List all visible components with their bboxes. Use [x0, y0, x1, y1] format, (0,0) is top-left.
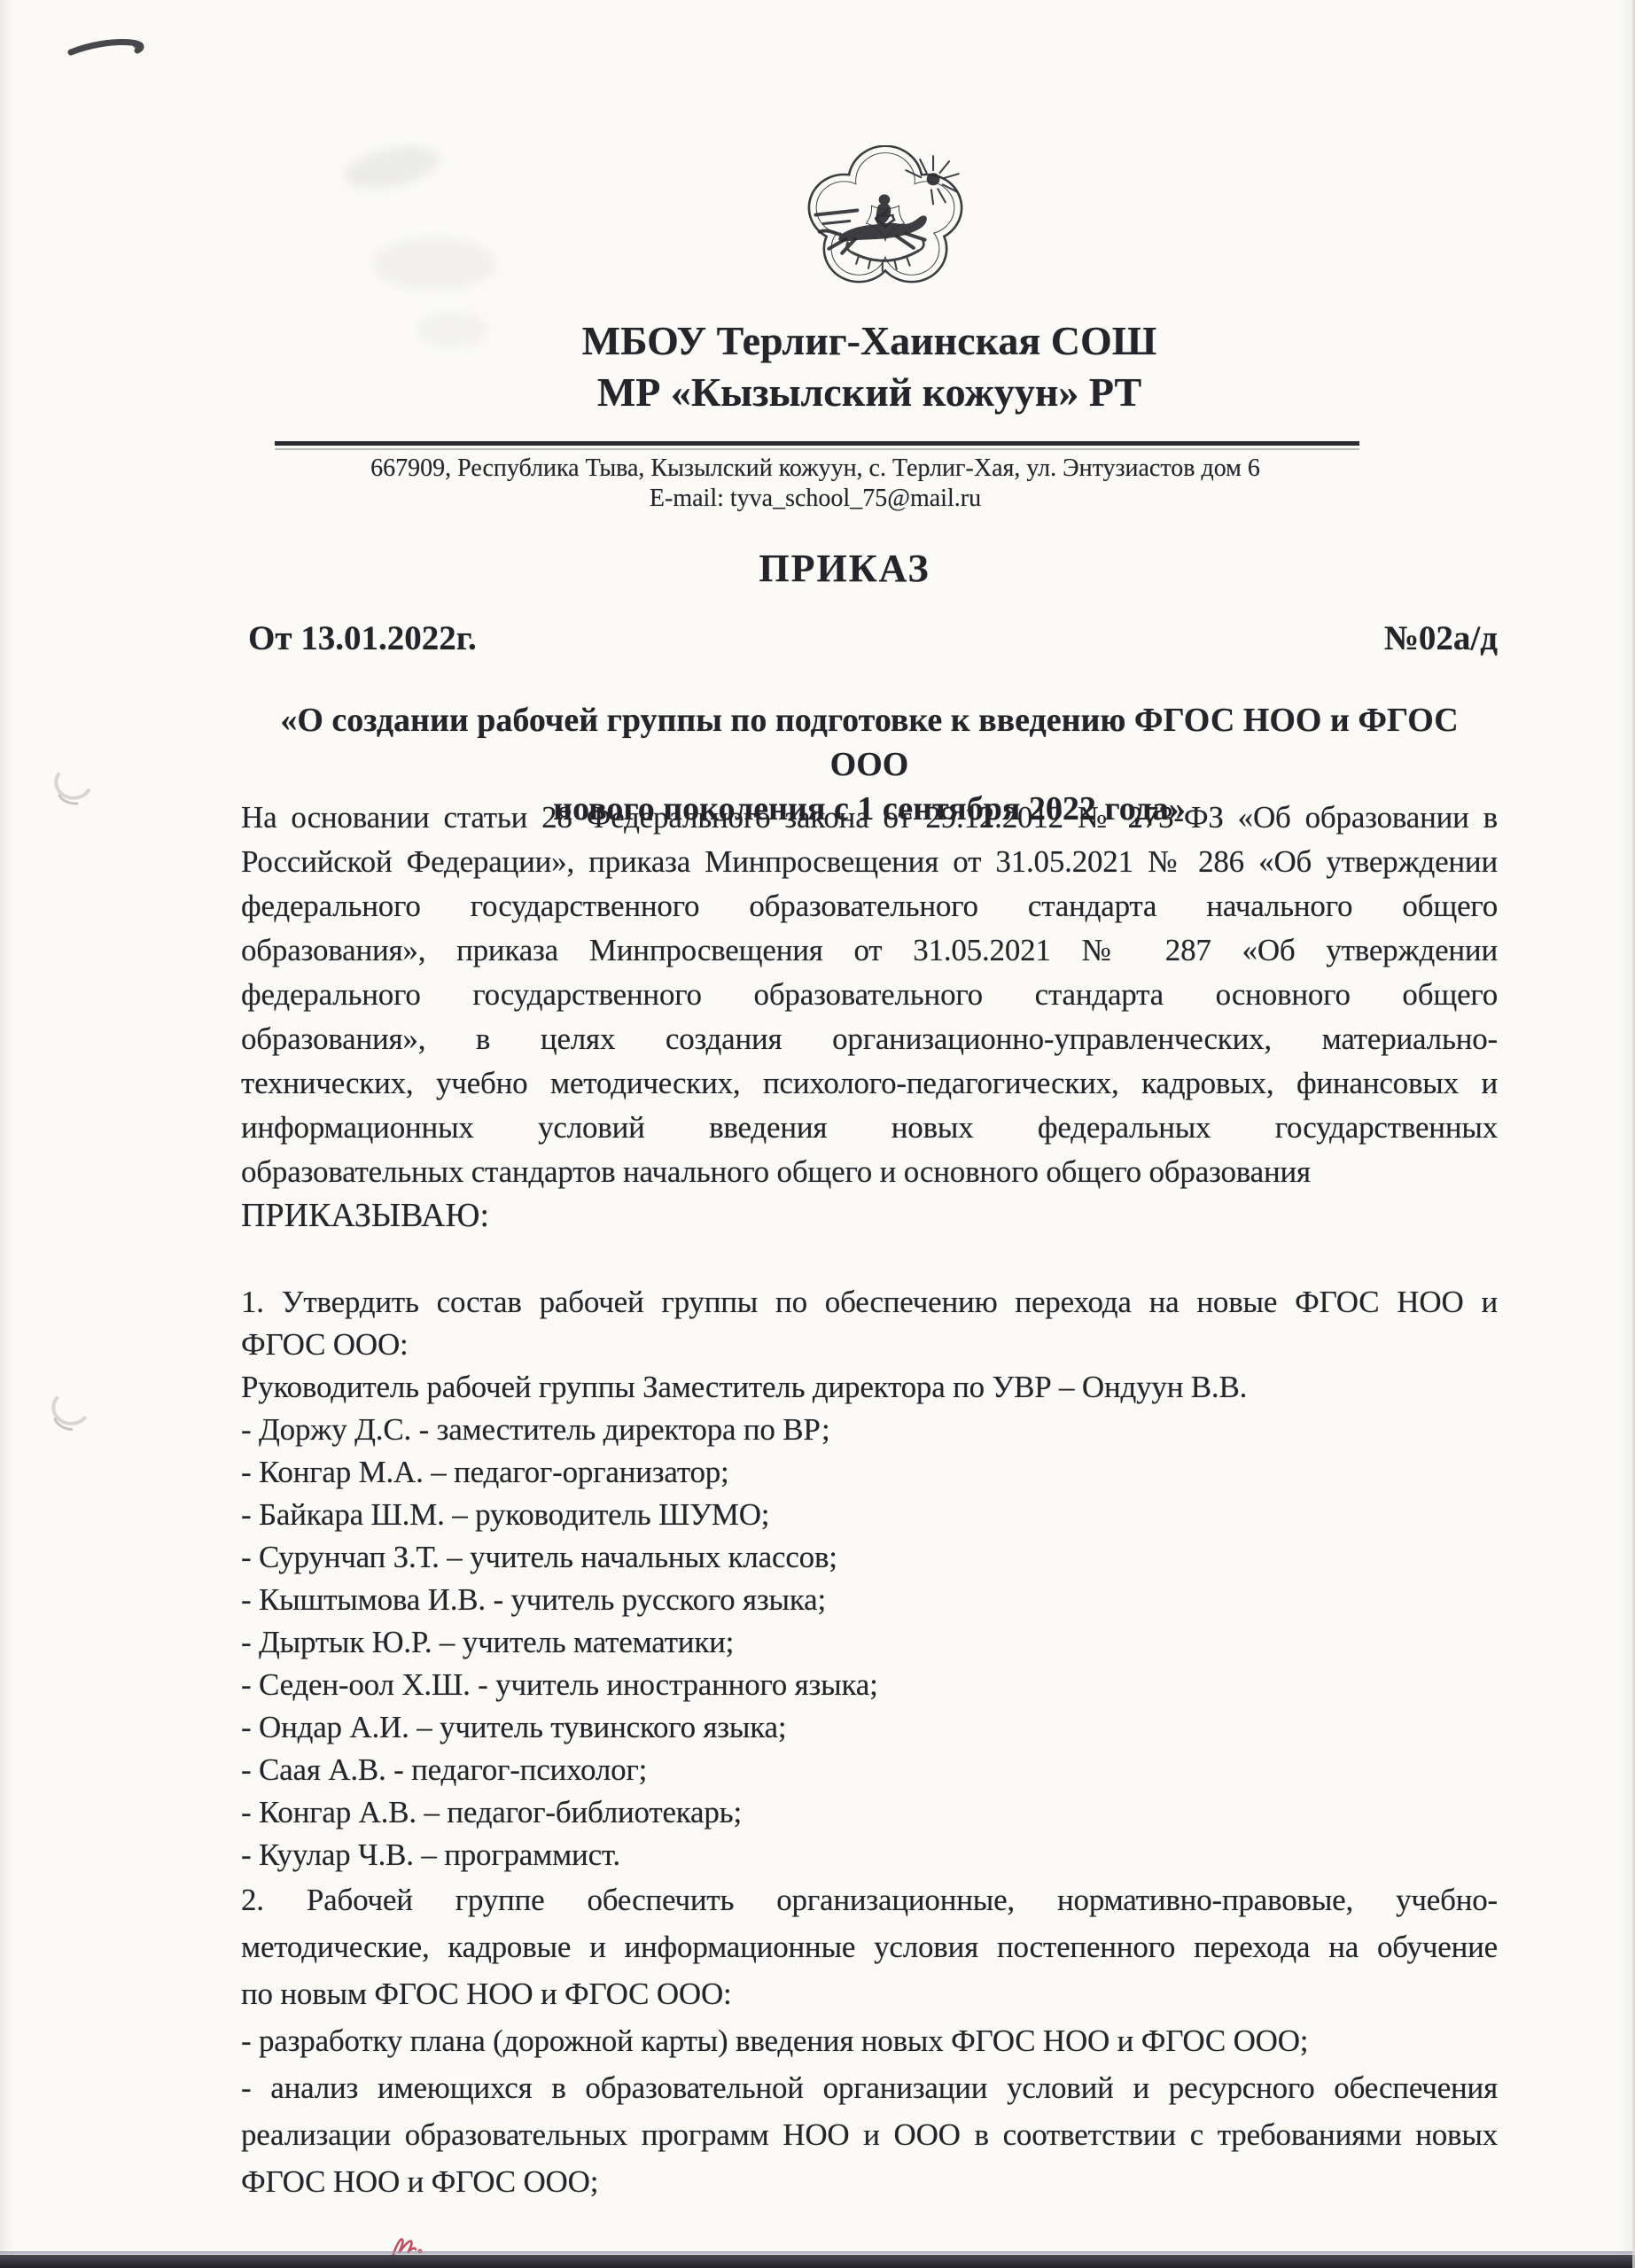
order-line: - Сурунчап З.Т. – учитель начальных клас… [241, 1536, 1498, 1579]
order-line: ФГОС ООО: [241, 1324, 1498, 1366]
order-item-2: 2. Рабочей группе обеспечить организацио… [241, 1876, 1498, 2205]
intro-line: На основании статьи 28 Федерального зако… [241, 796, 1498, 840]
letterhead-contacts: 667909, Республика Тыва, Кызылский кожуу… [133, 454, 1498, 514]
intro-line: образования», приказа Минпросвещения от … [241, 928, 1498, 973]
order-line: методические, кадровые и информационные … [241, 1923, 1498, 1970]
order-line: - Саая А.В. - педагог-психолог; [241, 1749, 1498, 1791]
order-line: ФГОС НОО и ФГОС ООО; [241, 2158, 1498, 2205]
intro-line: образовательных стандартов начального об… [241, 1150, 1498, 1194]
letterhead-rule-thin [275, 448, 1359, 450]
intro-line: Российской Федерации», приказа Минпросве… [241, 840, 1498, 884]
scanned-order-document: МБОУ Терлиг-Хаинская СОШ МР «Кызылский к… [0, 0, 1635, 2268]
order-line: - Байкара Ш.М. – руководитель ШУМО; [241, 1494, 1498, 1536]
intro-line: федерального государственного образовате… [241, 973, 1498, 1017]
scan-edge-band [0, 2255, 1635, 2268]
order-line: - Конгар М.А. – педагог-организатор; [241, 1451, 1498, 1494]
order-line: - Ондар А.И. – учитель тувинского языка; [241, 1706, 1498, 1749]
intro-paragraph: На основании статьи 28 Федерального зако… [241, 796, 1498, 1194]
letterhead-block: МБОУ Терлиг-Хаинская СОШ МР «Кызылский к… [241, 315, 1498, 418]
hole-punch-shadow [42, 1389, 97, 1438]
district-name: МР «Кызылский кожуун» РТ [241, 367, 1498, 418]
scan-smudge [372, 237, 496, 291]
order-item-1: 1. Утвердить состав рабочей группы по об… [241, 1281, 1498, 1876]
order-number: №02а/д [1384, 618, 1498, 658]
intro-line: федерального государственного образовате… [241, 884, 1498, 928]
order-line: - Доржу Д.С. - заместитель директора по … [241, 1409, 1498, 1451]
date-number-row: От 13.01.2022г. №02а/д [248, 618, 1498, 658]
order-line: 1. Утвердить состав рабочей группы по об… [241, 1281, 1498, 1324]
order-line: - Дыртык Ю.Р. – учитель математики; [241, 1621, 1498, 1664]
hole-punch-shadow [48, 767, 97, 810]
order-line: по новым ФГОС НОО и ФГОС ООО: [241, 1970, 1498, 2017]
decree-word: ПРИКАЗЫВАЮ: [241, 1196, 489, 1235]
letterhead-rule [275, 441, 1359, 446]
pen-dash-mark [66, 34, 154, 60]
school-email: E-mail: tyva_school_75@mail.ru [133, 484, 1498, 514]
scan-edge-line [0, 2251, 1635, 2254]
school-emblem-icon [791, 145, 979, 292]
intro-line: образования», в целях создания организац… [241, 1017, 1498, 1061]
order-line: - Куулар Ч.В. – программист. [241, 1834, 1498, 1876]
doc-type-heading: ПРИКАЗ [216, 546, 1473, 591]
intro-line: информационных условий введения новых фе… [241, 1106, 1498, 1150]
intro-line: технических, учебно методических, психол… [241, 1061, 1498, 1106]
school-name: МБОУ Терлиг-Хаинская СОШ [241, 315, 1498, 367]
order-line: Руководитель рабочей группы Заместитель … [241, 1366, 1498, 1409]
order-line: - анализ имеющихся в образовательной орг… [241, 2064, 1498, 2111]
scan-smudge [341, 139, 444, 196]
order-line: - Конгар А.В. – педагог-библиотекарь; [241, 1791, 1498, 1834]
order-date: От 13.01.2022г. [248, 618, 477, 658]
subject-line: «О создании рабочей группы по подготовке… [241, 698, 1498, 787]
order-line: - Седен-оол Х.Ш. - учитель иностранного … [241, 1664, 1498, 1706]
order-line: - Кыштымова И.В. - учитель русского язык… [241, 1579, 1498, 1621]
order-line: реализации образовательных программ НОО … [241, 2111, 1498, 2158]
school-address: 667909, Республика Тыва, Кызылский кожуу… [133, 454, 1498, 484]
order-line: - разработку плана (дорожной карты) введ… [241, 2017, 1498, 2064]
order-line: 2. Рабочей группе обеспечить организацио… [241, 1876, 1498, 1923]
